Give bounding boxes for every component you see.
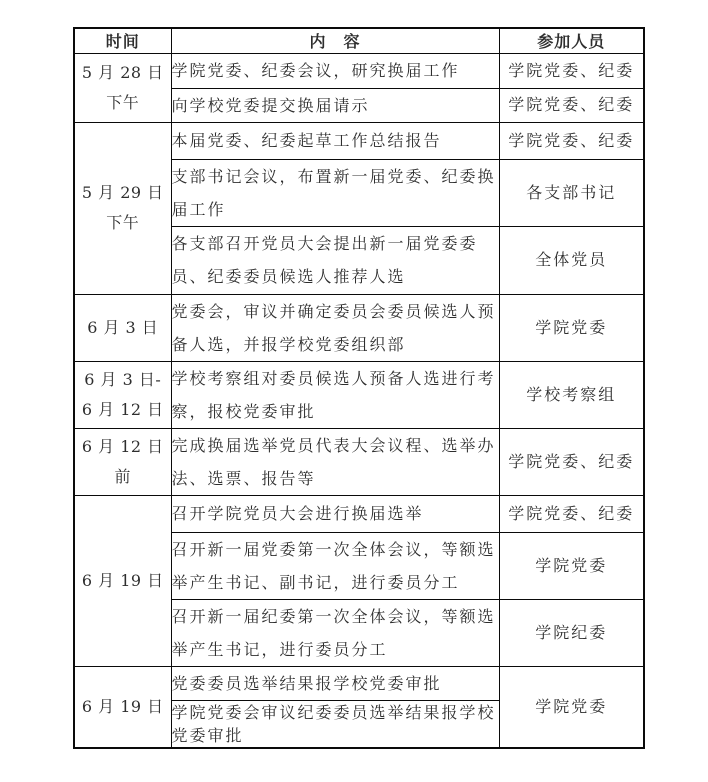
time-cell: 6 月 19 日 [74, 495, 171, 666]
table-row: 6 月 3 日 党委会，审议并确定委员会委员候选人预备人选，并报学校党委组织部 … [74, 294, 644, 361]
header-participants: 参加人员 [499, 28, 644, 53]
table-row: 5 月 29 日 下午 本届党委、纪委起草工作总结报告 学院党委、纪委 [74, 122, 644, 159]
participants-cell: 学院党委 [499, 294, 644, 361]
time-cell: 6 月 3 日- 6 月 12 日 [74, 361, 171, 428]
participants-cell: 各支部书记 [499, 159, 644, 226]
content-cell: 召开学院党员大会进行换届选举 [171, 495, 499, 532]
time-cell: 5 月 29 日 下午 [74, 122, 171, 294]
participants-cell: 学院党委、纪委 [499, 495, 644, 532]
table-row: 5 月 28 日 下午 学院党委、纪委会议，研究换届工作 学院党委、纪委 [74, 53, 644, 88]
time-cell: 6 月 12 日 前 [74, 428, 171, 495]
content-cell: 向学校党委提交换届请示 [171, 88, 499, 122]
participants-cell: 学校考察组 [499, 361, 644, 428]
participants-cell: 学院党委、纪委 [499, 122, 644, 159]
participants-cell: 学院党委、纪委 [499, 88, 644, 122]
content-cell: 学院党委会审议纪委委员选举结果报学校党委审批 [171, 700, 499, 748]
participants-cell: 全体党员 [499, 226, 644, 294]
time-cell: 6 月 3 日 [74, 294, 171, 361]
content-cell: 本届党委、纪委起草工作总结报告 [171, 122, 499, 159]
content-cell: 各支部召开党员大会提出新一届党委委员、纪委委员候选人推荐人选 [171, 226, 499, 294]
header-time: 时间 [74, 28, 171, 53]
content-cell: 支部书记会议，布置新一届党委、纪委换届工作 [171, 159, 499, 226]
header-content: 内 容 [171, 28, 499, 53]
content-cell: 召开新一届纪委第一次全体会议，等额选举产生书记，进行委员分工 [171, 599, 499, 666]
table-row: 6 月 19 日 召开学院党员大会进行换届选举 学院党委、纪委 [74, 495, 644, 532]
content-cell: 召开新一届党委第一次全体会议，等额选举产生书记、副书记，进行委员分工 [171, 532, 499, 599]
time-cell: 5 月 28 日 下午 [74, 53, 171, 122]
content-cell: 党委会，审议并确定委员会委员候选人预备人选，并报学校党委组织部 [171, 294, 499, 361]
document-page: 时间 内 容 参加人员 5 月 28 日 下午 学院党委、纪委会议，研究换届工作… [0, 0, 708, 782]
schedule-table: 时间 内 容 参加人员 5 月 28 日 下午 学院党委、纪委会议，研究换届工作… [73, 27, 645, 749]
table-row: 6 月 12 日 前 完成换届选举党员代表大会议程、选举办法、选票、报告等 学院… [74, 428, 644, 495]
header-row: 时间 内 容 参加人员 [74, 28, 644, 53]
content-cell: 学校考察组对委员候选人预备人选进行考察，报校党委审批 [171, 361, 499, 428]
content-cell: 完成换届选举党员代表大会议程、选举办法、选票、报告等 [171, 428, 499, 495]
participants-cell: 学院党委、纪委 [499, 428, 644, 495]
participants-cell: 学院党委 [499, 666, 644, 748]
content-cell: 党委委员选举结果报学校党委审批 [171, 666, 499, 700]
table-row: 6 月 3 日- 6 月 12 日 学校考察组对委员候选人预备人选进行考察，报校… [74, 361, 644, 428]
participants-cell: 学院纪委 [499, 599, 644, 666]
table-row: 6 月 19 日 党委委员选举结果报学校党委审批 学院党委 [74, 666, 644, 700]
time-cell: 6 月 19 日 [74, 666, 171, 748]
participants-cell: 学院党委、纪委 [499, 53, 644, 88]
participants-cell: 学院党委 [499, 532, 644, 599]
content-cell: 学院党委、纪委会议，研究换届工作 [171, 53, 499, 88]
